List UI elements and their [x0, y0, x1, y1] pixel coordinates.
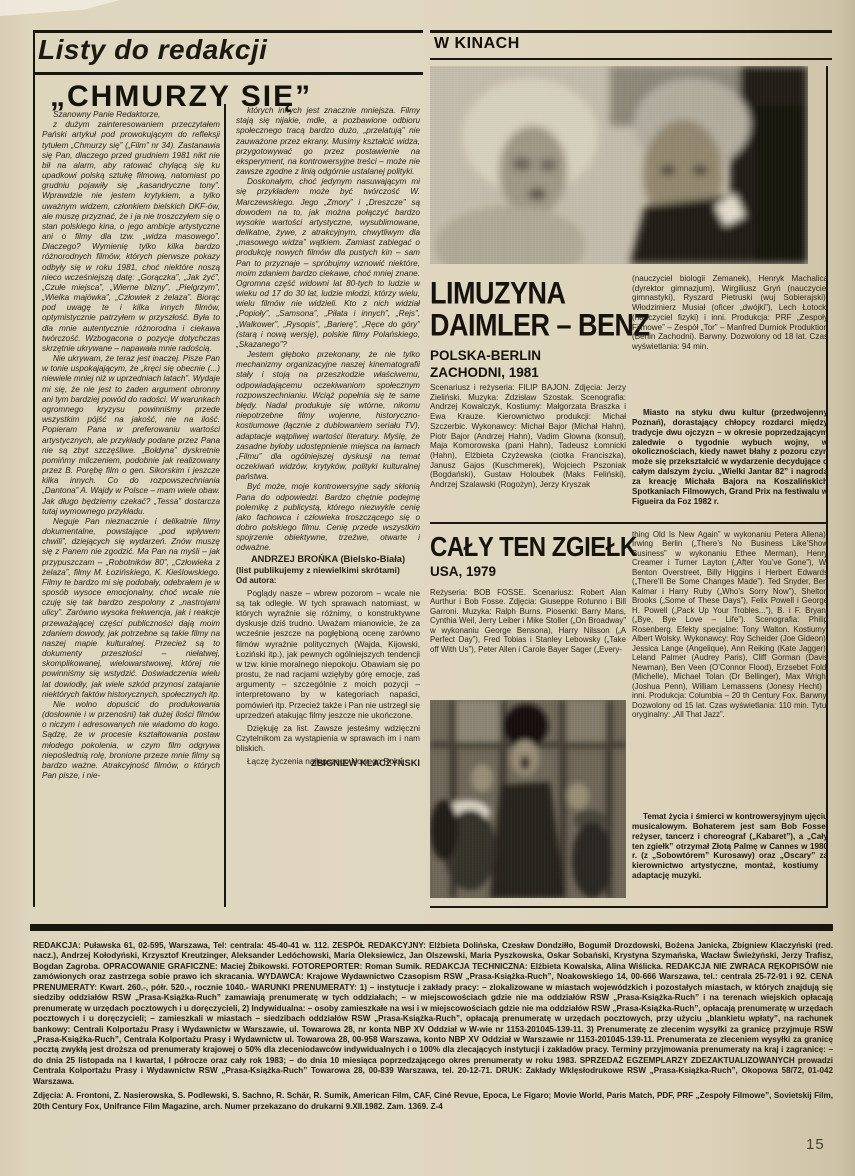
imprint-block: REDAKCJA: Puławska 61, 02-595, Warszawa,…	[33, 941, 833, 1112]
imprint-main-text: REDAKCJA: Puławska 61, 02-595, Warszawa,…	[33, 941, 833, 1087]
letter-paragraph: Doskonałym, choć jedynym nasuwającym mi …	[236, 177, 420, 350]
film2-country-year: USA, 1979	[430, 564, 616, 581]
page-number: 15	[806, 1136, 825, 1153]
film-still-limuzyna	[430, 66, 808, 264]
imprint-divider-bar	[30, 924, 833, 931]
letters-column-divider	[224, 104, 226, 907]
film1-credits-left: Scenariusz i reżyseria: FILIP BAJON. Zdj…	[430, 383, 626, 521]
credits-text: Reżyseria: BOB FOSSE. Scenariusz: Robert…	[430, 588, 626, 654]
imprint-photo-credits: Zdjęcia: A. Frontoni, Z. Nasierowska, S.…	[33, 1091, 833, 1112]
letter-paragraph: Być może, moje kontrowersyjne sądy skłon…	[236, 482, 420, 553]
letter-signature: ANDRZEJ BROŃKA (Bielsko-Biała)	[236, 554, 420, 566]
magazine-page: { "page": { "number": "15" }, "letters":…	[0, 0, 855, 1176]
letter-paragraph: z dużym zainteresowaniem przeczytałem Pa…	[42, 120, 220, 354]
cinema-top-rule	[430, 30, 832, 33]
cinema-title-rule	[430, 58, 832, 60]
film2-title: CAŁY TEN ZGIEŁK	[430, 532, 637, 564]
film-still-limuzyna-image	[430, 66, 808, 264]
credits-text: (nauczyciel biologii Zemanek), Henryk Ma…	[632, 274, 828, 352]
film1-title-line1: LIMUZYNA	[430, 276, 565, 312]
cinema-section-title: W KINACH	[434, 35, 520, 53]
reply-paragraph: Dziękuję za list. Zawsze jesteśmy wdzięc…	[236, 724, 420, 755]
film1-title-line2: DAIMLER – BENZ	[430, 308, 650, 344]
film-still-zgielk	[430, 700, 626, 898]
film1-credits-right: (nauczyciel biologii Zemanek), Henryk Ma…	[632, 274, 828, 402]
film1-review: Miasto na styku dwu kultur (przedwojenny…	[632, 408, 828, 520]
cinema-bottom-rule	[430, 906, 828, 908]
credits-text: thing Old Is New Again” w wykonaniu Pete…	[632, 530, 828, 720]
film2-review: Temat życia i śmierci w kontrowersyjnym …	[632, 812, 828, 906]
letters-top-rule	[33, 30, 423, 33]
film-divider-rule	[430, 522, 828, 524]
reply-paragraph: Poglądy nasze – wbrew pozorom – wcale ni…	[236, 589, 420, 721]
film2-credits-right: thing Old Is New Again” w wykonaniu Pete…	[632, 530, 828, 808]
film1-country-year: POLSKA-BERLIN ZACHODNI, 1981	[430, 348, 616, 382]
letter-column-2: których innych jest znacznie mniejsza. F…	[236, 106, 420, 907]
scan-corner-artifact	[0, 0, 120, 16]
reply-label: Od autora:	[236, 576, 420, 586]
letters-left-border	[33, 30, 35, 907]
credits-text: Scenariusz i reżyseria: FILIP BAJON. Zdj…	[430, 383, 626, 490]
letter-paragraph: Szanowny Panie Redaktorze,	[42, 110, 220, 120]
letter-paragraph: których innych jest znacznie mniejsza. F…	[236, 106, 420, 177]
editor-note: (list publikujemy z niewielkimi skrótami…	[236, 565, 420, 576]
letter-paragraph: Nie wolno dopuścić do produkowania (dosł…	[42, 700, 220, 781]
review-text: Temat życia i śmierci w kontrowersyjnym …	[632, 812, 828, 881]
film2-credits-left: Reżyseria: BOB FOSSE. Scenariusz: Robert…	[430, 588, 626, 696]
letter-paragraph: Jestem głęboko przekonany, że nie tylko …	[236, 350, 420, 482]
letter-paragraph: Nie ukrywam, że teraz jest inaczej. Pisz…	[42, 354, 220, 517]
letter-paragraph: Neguje Pan nieznacznie i delikatnie film…	[42, 517, 220, 700]
film-still-zgielk-image	[430, 700, 626, 898]
letters-title-rule	[33, 72, 423, 75]
editor-reply: Poglądy nasze – wbrew pozorom – wcale ni…	[236, 589, 420, 769]
review-text: Miasto na styku dwu kultur (przedwojenny…	[632, 408, 828, 507]
letters-section-title: Listy do redakcji	[38, 34, 267, 66]
letter-column-1: Szanowny Panie Redaktorze, z dużym zaint…	[42, 110, 220, 907]
